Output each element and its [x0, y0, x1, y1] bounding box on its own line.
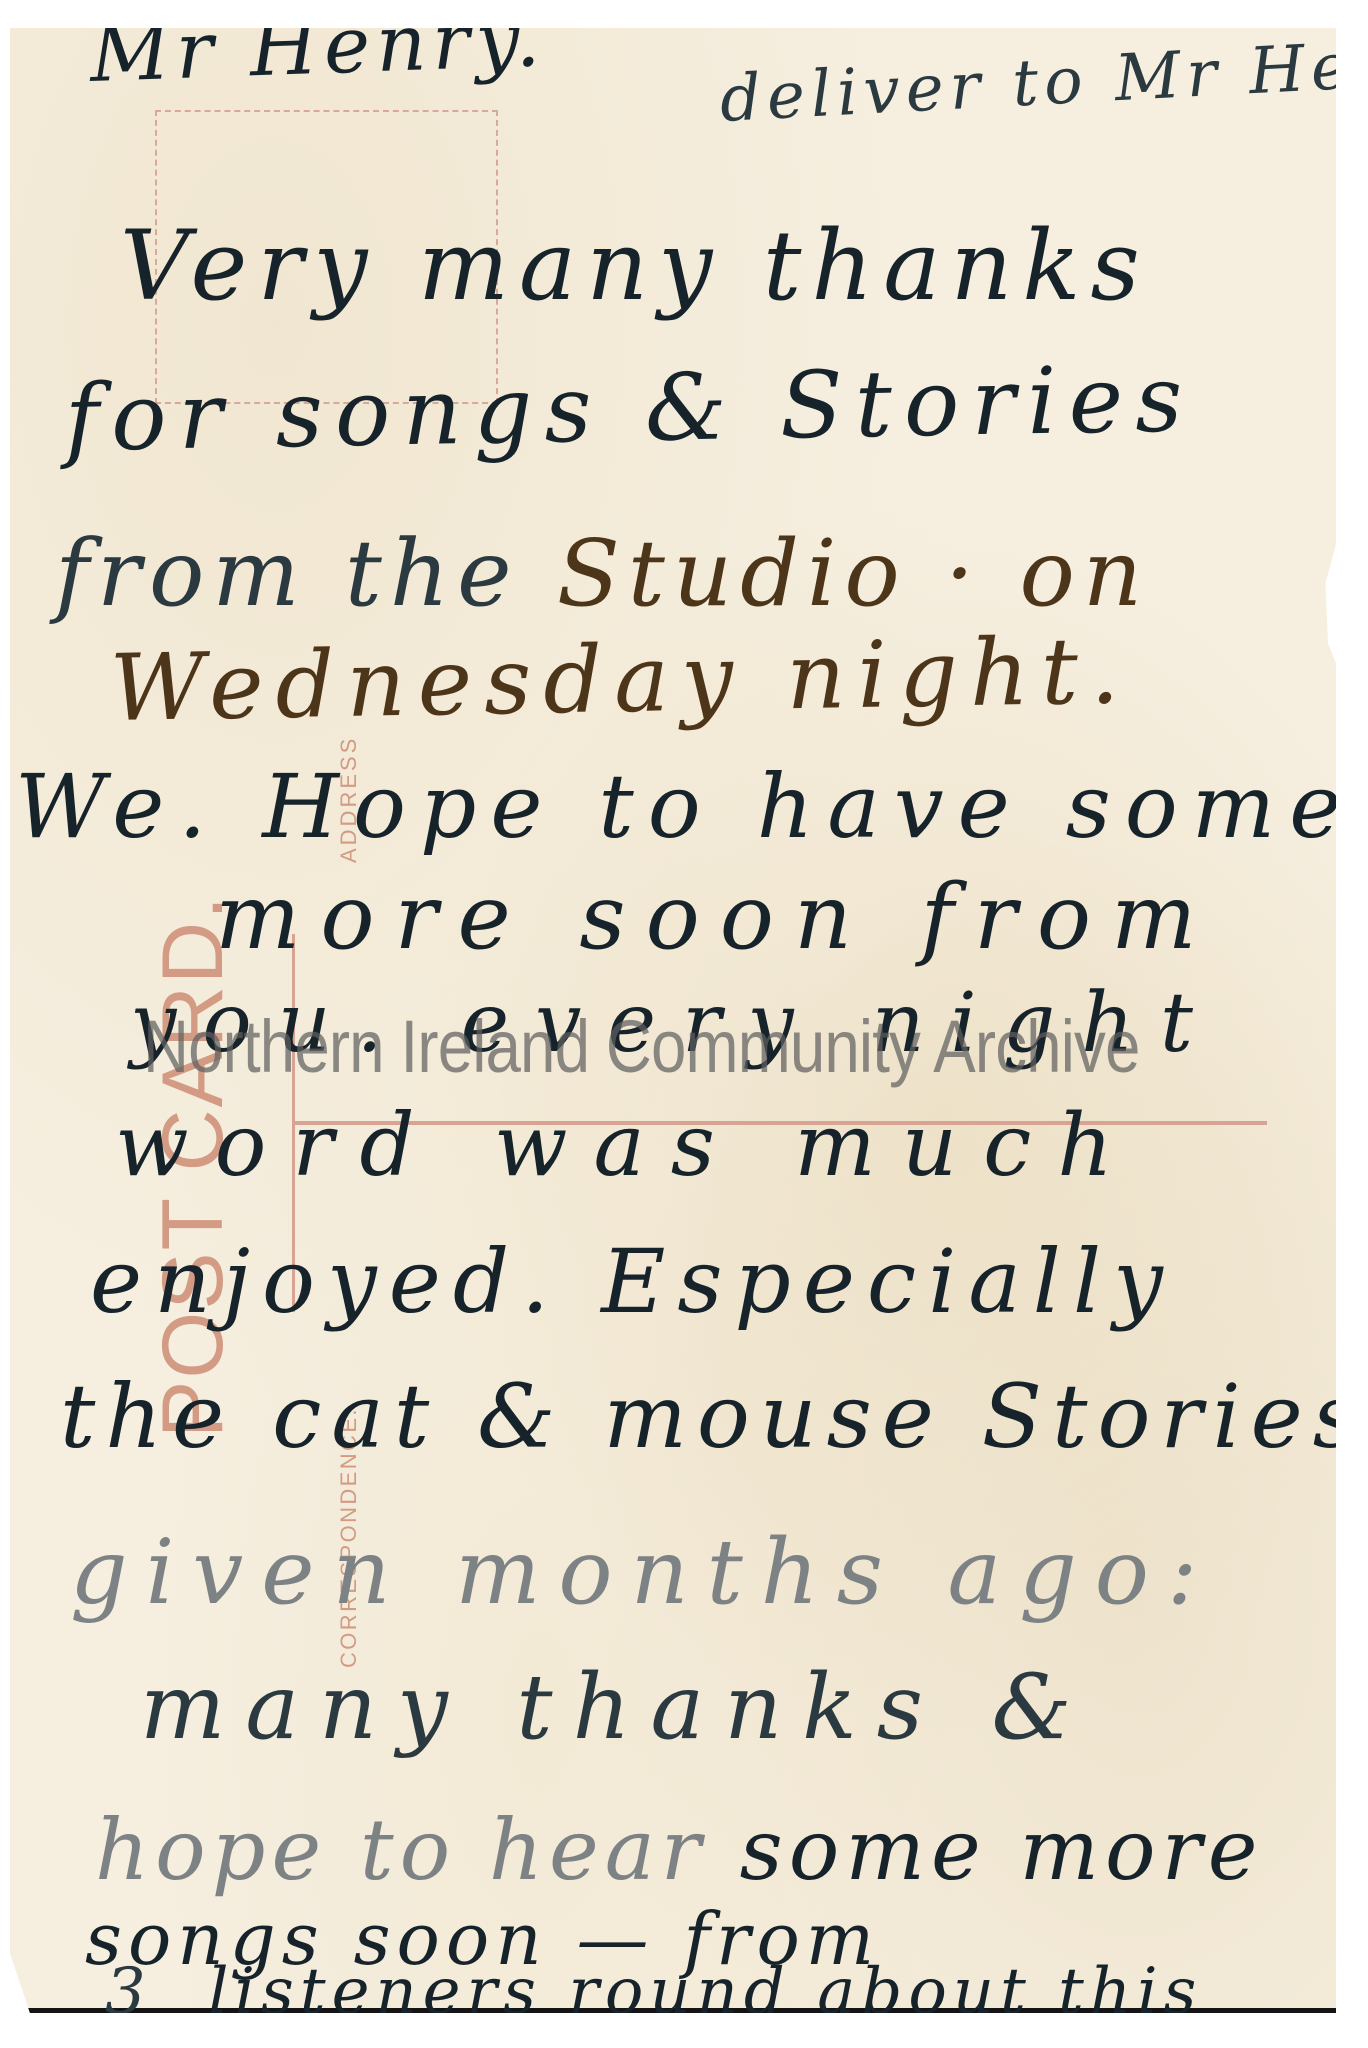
handwriting-line-2: Very many thanks — [120, 218, 1150, 314]
handwriting-line-6: We. Hope to have some — [15, 763, 1355, 851]
handwriting-line-9: word was much — [115, 1103, 1139, 1189]
handwriting-line-14-text: some more — [740, 1801, 1264, 1899]
handwriting-line-11: the cat & mouse Stories — [60, 1373, 1368, 1461]
handwriting-line-10: enjoyed. Especially — [90, 1238, 1175, 1326]
handwriting-line-16: 3 listeners round about this — [105, 1960, 1202, 2024]
handwriting-line-1-right: deliver to Mr Henry — [718, 28, 1368, 132]
handwriting-line-4-brown: Studio · on — [557, 520, 1150, 627]
archive-watermark: Northern Ireland Community Archive — [143, 1010, 1139, 1084]
handwriting-line-4-text: from the — [55, 520, 520, 627]
handwriting-line-16-text: listeners round about this — [208, 1955, 1202, 2029]
handwriting-line-14-grey: hope to hear — [95, 1801, 707, 1899]
handwriting-line-12: given months ago: — [70, 1528, 1215, 1618]
handwriting-line-7: more soon from — [215, 873, 1216, 963]
handwriting-line-14: hope to hear some more — [95, 1808, 1263, 1892]
handwriting-line-4: from the Studio · on — [55, 528, 1150, 620]
handwriting-line-13: many thanks & — [140, 1663, 1092, 1753]
page-number: 3 — [105, 1955, 152, 2029]
postcard: POST CARD. ADDRESS CORRESPONDENCE. Mr He… — [10, 28, 1336, 2013]
handwriting-line-3: for songs & Stories — [64, 353, 1195, 465]
handwriting-line-1-left: Mr Henry. — [89, 0, 548, 94]
handwriting-line-5: Wednesday night. — [109, 625, 1132, 735]
